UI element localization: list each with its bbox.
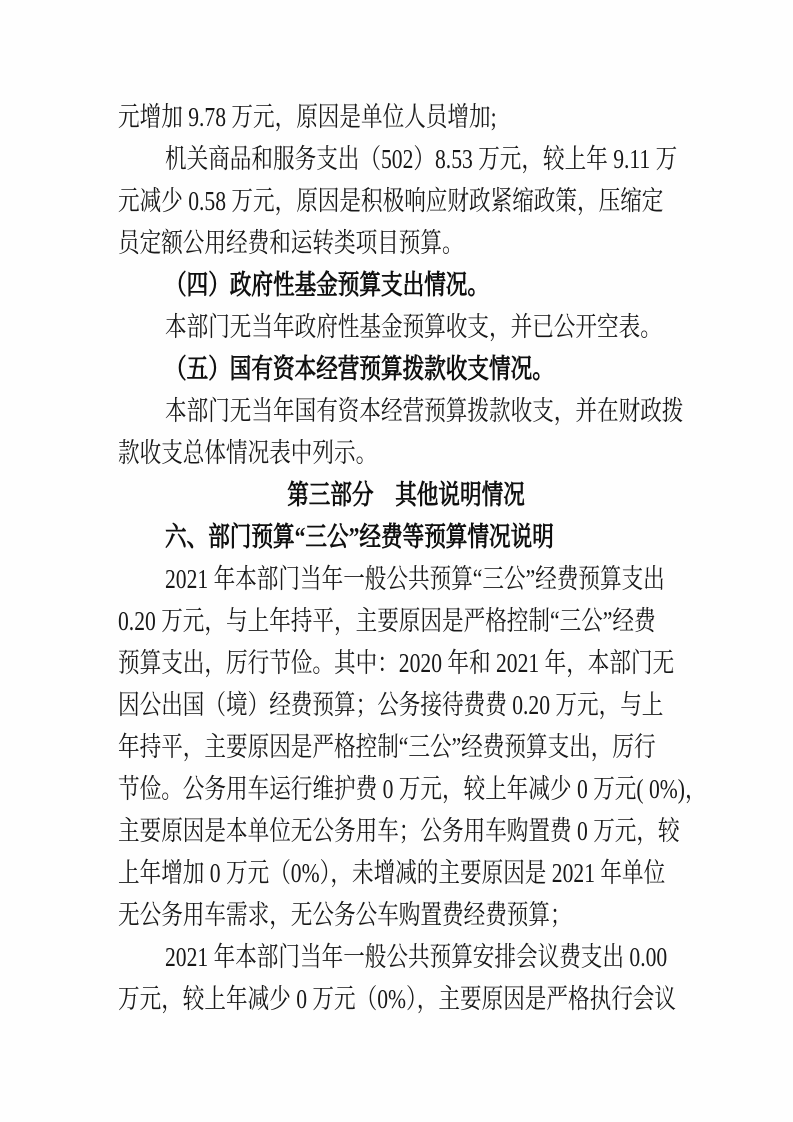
text-line: 款收支总体情况表中列示。 xyxy=(118,432,579,474)
text-line: 因公出国（境）经费预算；公务接待费费 0.20 万元，与上 xyxy=(118,684,579,726)
text-line: 年持平，主要原因是严格控制“三公”经费预算支出，厉行 xyxy=(118,726,579,768)
text-line: 本部门无当年政府性基金预算收支，并已公开空表。 xyxy=(165,306,588,348)
text-line: 2021 年本部门当年一般公共预算安排会议费支出 0.00 xyxy=(165,936,588,978)
text-line: 2021 年本部门当年一般公共预算“三公”经费预算支出 xyxy=(165,558,588,600)
text-line: 节俭。公务用车运行维护费 0 万元，较上年减少 0 万元( 0%)， xyxy=(118,768,579,810)
text-line: 主要原因是本单位无公务用车；公务用车购置费 0 万元，较 xyxy=(118,810,579,852)
text-line: 本部门无当年国有资本经营预算拨款收支，并在财政拨 xyxy=(165,390,588,432)
text-line: 万元，较上年减少 0 万元（0%），主要原因是严格执行会议 xyxy=(118,978,579,1020)
text-line: 上年增加 0 万元（0%），未增减的主要原因是 2021 年单位 xyxy=(118,852,579,894)
text-line: 员定额公用经费和运转类项目预算。 xyxy=(118,222,579,264)
text-line: 预算支出，厉行节俭。其中：2020 年和 2021 年，本部门无 xyxy=(118,642,579,684)
section-title-line: 第三部分 其他说明情况 xyxy=(176,474,637,516)
text-line: 0.20 万元，与上年持平，主要原因是严格控制“三公”经费 xyxy=(118,600,579,642)
text-line: 元减少 0.58 万元，原因是积极响应财政紧缩政策，压缩定 xyxy=(118,180,579,222)
text-line: 元增加 9.78 万元，原因是单位人员增加; xyxy=(118,96,579,138)
heading-line: （四）政府性基金预算支出情况。 xyxy=(165,264,588,306)
document-page: 元增加 9.78 万元，原因是单位人员增加;机关商品和服务支出（502）8.53… xyxy=(0,0,793,1122)
text-line: 机关商品和服务支出（502）8.53 万元，较上年 9.11 万 xyxy=(165,138,588,180)
document-body: 元增加 9.78 万元，原因是单位人员增加;机关商品和服务支出（502）8.53… xyxy=(118,96,694,1020)
heading-line: （五）国有资本经营预算拨款收支情况。 xyxy=(165,348,588,390)
text-line: 无公务用车需求，无公务公车购置费经费预算； xyxy=(118,894,579,936)
heading-line: 六、部门预算“三公”经费等预算情况说明 xyxy=(165,516,588,558)
